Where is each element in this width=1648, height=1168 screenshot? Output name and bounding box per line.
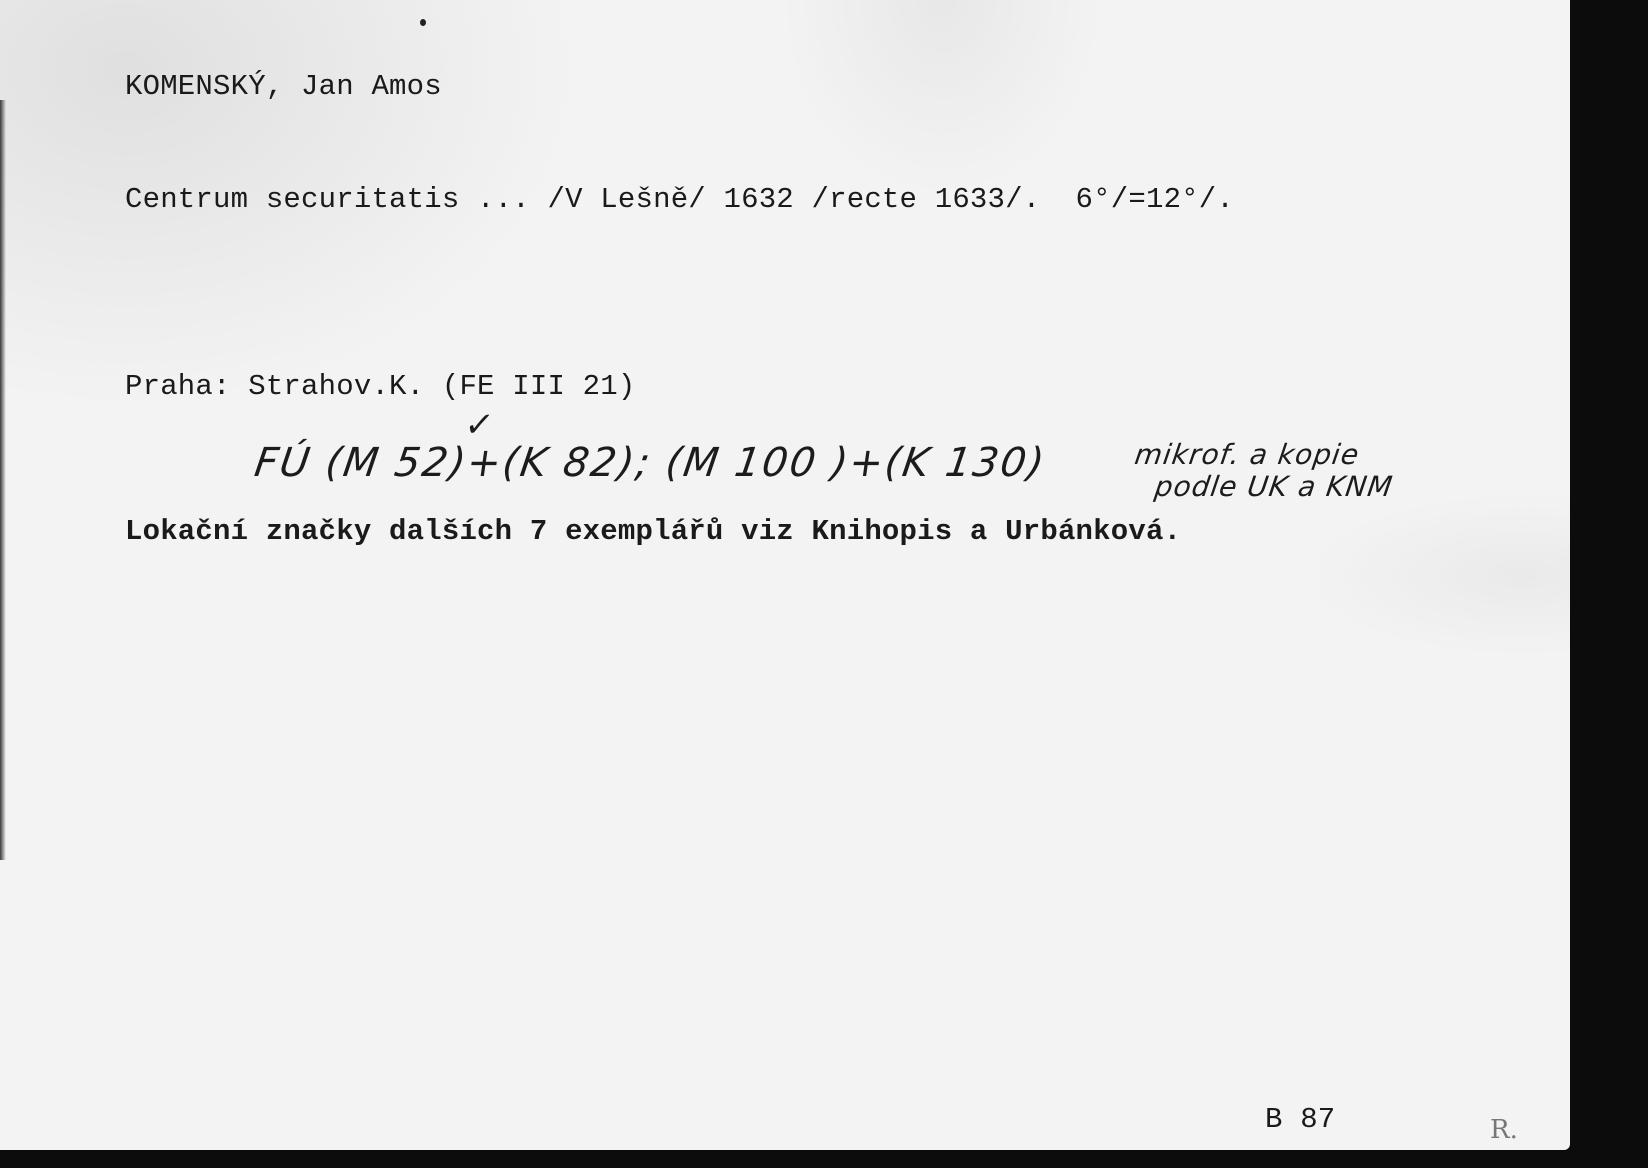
handwritten-check-mark: ✓ bbox=[462, 405, 496, 445]
title-line: Centrum securitatis ... /V Lešně/ 1632 /… bbox=[125, 183, 1234, 216]
catalog-card: KOMENSKÝ, Jan Amos Centrum securitatis .… bbox=[0, 0, 1570, 1150]
copies-note: Lokační značky dalších 7 exemplářů viz K… bbox=[125, 515, 1181, 548]
card-shadow-edge bbox=[0, 100, 6, 860]
location-line: Praha: Strahov.K. (FE III 21) bbox=[125, 370, 635, 403]
initial-mark: R. bbox=[1490, 1115, 1518, 1145]
handwritten-shelf-marks: FÚ (M 52)+(K 82); (M 100 )+(K 130) bbox=[252, 440, 1049, 486]
handwritten-note-top: mikrof. a kopie bbox=[1133, 438, 1362, 471]
shelf-mark: B 87 bbox=[1265, 1103, 1335, 1136]
author-heading: KOMENSKÝ, Jan Amos bbox=[125, 70, 442, 103]
ink-speck bbox=[420, 19, 426, 26]
handwritten-note-bottom: podle UK a KNM bbox=[1153, 470, 1396, 503]
